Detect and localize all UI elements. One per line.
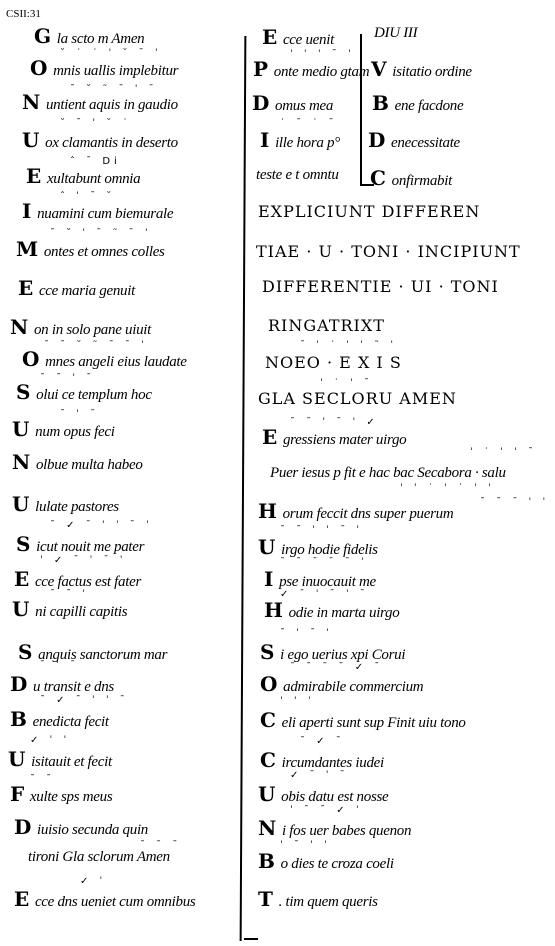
incipit-text: ni capilli capitis xyxy=(35,604,127,620)
initial-letter: E xyxy=(14,887,29,911)
neume-marks: ˉ ˘ ˜ ˉ ˈ ˉ xyxy=(70,84,158,95)
neume-marks: ˉ ˈ ˉ xyxy=(40,660,79,671)
initial-letter: I xyxy=(260,128,269,152)
neume-marks: ˉ ˉ ˉ xyxy=(140,840,181,851)
incipit-text: lulate pastores xyxy=(35,499,119,515)
initial-letter: C xyxy=(260,748,276,772)
chant-incipit-line: Uobis datu est nosse xyxy=(258,782,388,806)
initial-letter: G xyxy=(34,24,51,48)
chant-incipit-line: Omnis uallis implebitur xyxy=(30,56,178,80)
chant-incipit-line: Exultabunt omnia xyxy=(26,164,140,188)
column-divider-left-foot xyxy=(244,938,258,940)
chant-incipit-line: Ecce dns ueniet cum omnibus xyxy=(14,887,195,911)
neume-marks: ˈ ˉ ˉ ✓ ˈ xyxy=(290,805,363,816)
chant-incipit-line: Uirgo hodie fidelis xyxy=(258,535,378,559)
neume-marks: ˈ ˙ ˈ ˈ ˉ xyxy=(470,447,537,458)
neume-marks: ˉ ˉ ˈ ˉ ˈ ✓ xyxy=(290,417,379,428)
chant-incipit-line: DIFFERENTIE · UI · TONI xyxy=(262,277,499,296)
column-divider-left xyxy=(240,36,247,941)
chant-incipit-line: Montes et omnes colles xyxy=(16,237,165,261)
initial-letter: N xyxy=(12,450,30,474)
neume-marks: ✓ ˉ ˈ ˉ xyxy=(290,770,349,781)
incipit-text: ox clamantis in deserto xyxy=(45,135,178,151)
neume-marks: ˈ ˉ ˈ ˈ xyxy=(280,840,331,851)
initial-letter: I xyxy=(264,567,273,591)
incipit-text: xulte sps meus xyxy=(30,789,112,805)
neume-marks: ˆ ˉ Di xyxy=(70,156,121,167)
incipit-text: Puer iesus p fit e hac bac Secabora · sa… xyxy=(270,465,506,481)
initial-letter: N xyxy=(22,90,40,114)
initial-letter: M xyxy=(16,237,38,261)
chant-incipit-line: Unum opus feci xyxy=(12,417,115,441)
chant-incipit-line: Fxulte sps meus xyxy=(10,782,112,806)
initial-letter: P xyxy=(253,57,268,81)
initial-letter: U xyxy=(12,492,29,516)
incipit-text: olbue multa habeo xyxy=(36,457,143,473)
initial-letter: S xyxy=(260,640,274,664)
incipit-text: orum feccit dns super puerum xyxy=(283,506,454,522)
chant-incipit-line: Ululate pastores xyxy=(12,492,119,516)
incipit-text: obis datu est nosse xyxy=(281,789,388,805)
incipit-text: iuisio secunda quin xyxy=(37,822,148,838)
incipit-text: num opus feci xyxy=(35,424,114,440)
initial-letter: U xyxy=(12,417,29,441)
shelfmark-label: CSII:31 xyxy=(6,8,41,20)
incipit-text: DIU III xyxy=(374,25,417,41)
incipit-text: DIFFERENTIE · UI · TONI xyxy=(262,277,499,296)
incipit-text: onfirmabit xyxy=(392,173,452,189)
chant-incipit-line: Uisitauit et fecit xyxy=(8,747,112,771)
chant-incipit-line: Du transit e dns xyxy=(10,672,114,696)
initial-letter: D xyxy=(368,128,385,152)
incipit-text: admirabile commercium xyxy=(283,679,423,695)
chant-incipit-line: Ni fos uer babes quenon xyxy=(258,816,411,840)
initial-letter: U xyxy=(258,535,275,559)
manuscript-page: CSII:31 Gla scto m AmenOmnis uallis impl… xyxy=(0,0,555,946)
chant-incipit-line: Horum feccit dns super puerum xyxy=(258,499,453,523)
incipit-text: RINGATRIXT xyxy=(268,316,385,335)
initial-letter: F xyxy=(10,782,24,806)
initial-letter: H xyxy=(258,499,277,523)
neume-marks: ˉ ˉ ˉ ˉ ˉ ˈ xyxy=(280,557,368,568)
initial-letter: U xyxy=(22,128,39,152)
chant-incipit-line: Benedicta fecit xyxy=(10,707,109,731)
incipit-text: ircumdantes iudei xyxy=(282,755,384,771)
incipit-text: tironi Gla sclorum Amen xyxy=(28,849,170,865)
initial-letter: H xyxy=(264,598,283,622)
chant-incipit-line: Ecce uenit xyxy=(262,25,334,49)
initial-letter: O xyxy=(30,56,47,80)
chant-incipit-line: teste e t omntu xyxy=(256,167,339,184)
neume-marks: ˉ ˘ ˈ ˉ ˜ ˉ ˈ xyxy=(50,228,152,239)
initial-letter: B xyxy=(10,707,27,731)
chant-incipit-line: Non in solo pane uiuit xyxy=(10,315,151,339)
incipit-text: irgo hodie fidelis xyxy=(281,542,378,558)
incipit-text: eli aperti sunt sup Finit uiu tono xyxy=(282,715,466,731)
incipit-text: icut nouit me pater xyxy=(36,539,144,555)
neume-marks: ˉ ˈ ˙ ˈ ˈ ˜ ˈ xyxy=(300,340,397,351)
incipit-text: . tim quem queris xyxy=(279,894,378,910)
chant-incipit-line: Bo dies te croza coeli xyxy=(258,849,394,873)
incipit-text: cce dns ueniet cum omnibus xyxy=(35,894,196,910)
neume-marks: ✓ ˈ xyxy=(80,876,106,887)
incipit-text: on in solo pane uiuit xyxy=(34,322,151,338)
chant-incipit-line: EXPLICIUNT DIFFEREN xyxy=(258,202,480,221)
chant-incipit-line: TIAE · U · TONI · INCIPIUNT xyxy=(256,242,521,261)
initial-letter: V xyxy=(371,57,386,81)
chant-incipit-line: Ipse inuocauit me xyxy=(264,567,376,591)
incipit-text: enecessitate xyxy=(391,135,460,151)
neume-marks: ˉ ˈ ˉ xyxy=(60,409,99,420)
chant-incipit-line: Iille hora p° xyxy=(260,128,340,152)
chant-incipit-line: Celi aperti sunt sup Finit uiu tono xyxy=(260,708,466,732)
incipit-text: i ego uerius xpi Corui xyxy=(280,647,405,663)
initial-letter: I xyxy=(22,199,31,223)
incipit-text: la scto m Amen xyxy=(57,31,145,47)
initial-letter: N xyxy=(10,315,28,339)
chant-incipit-line: Ecce maria genuit xyxy=(18,276,135,300)
neume-marks: ˘ ˙ ˙ ˈ ˘ ˉ ˈ xyxy=(60,48,162,59)
incipit-text: i fos uer babes quenon xyxy=(282,823,411,839)
neume-marks: ✓ ˉ ˈ ˉ ˈ ˉ xyxy=(280,589,369,600)
initial-letter: E xyxy=(262,425,277,449)
incipit-text: olui ce templum hoc xyxy=(36,387,152,403)
initial-letter: E xyxy=(262,25,277,49)
chant-incipit-line: GLA SECLORU AMEN xyxy=(258,389,457,408)
neume-marks: ˙ ˉ ˙ ˉ xyxy=(280,118,338,129)
chant-incipit-line: Bene facdone xyxy=(372,91,463,115)
neume-marks: ˉ ˉ xyxy=(30,774,55,785)
chant-incipit-line: RINGATRIXT xyxy=(268,316,385,335)
initial-letter: E xyxy=(26,164,41,188)
initial-letter: B xyxy=(258,849,275,873)
chant-incipit-line: tironi Gla sclorum Amen xyxy=(28,849,170,866)
initial-letter: C xyxy=(370,166,386,190)
neume-marks: ˉ ✓ ˉ xyxy=(300,736,345,747)
chant-incipit-line: Uox clamantis in deserto xyxy=(22,128,178,152)
chant-incipit-line: Hodie in marta uirgo xyxy=(264,598,399,622)
incipit-text: teste e t omntu xyxy=(256,167,339,183)
chant-incipit-line: Denecessitate xyxy=(368,128,460,152)
initial-letter: C xyxy=(260,708,276,732)
initial-letter: T xyxy=(258,887,273,911)
incipit-text: nuamini cum biemurale xyxy=(37,206,173,222)
incipit-text: odie in marta uirgo xyxy=(289,605,400,621)
incipit-text: untient aquis in gaudio xyxy=(46,97,178,113)
chant-incipit-line: Circumdantes iudei xyxy=(260,748,384,772)
neume-marks: ✓ ˈ ˈ xyxy=(30,735,70,746)
chant-incipit-line: Egressiens mater uirgo xyxy=(262,425,406,449)
chant-incipit-line: DIU III xyxy=(374,25,417,42)
neume-marks: ˉ ˈ ˉ ˈ xyxy=(280,628,333,639)
incipit-text: ille hora p° xyxy=(275,135,340,151)
neume-marks: ˈ ˈ ˈ ˉ ˈ xyxy=(290,49,355,60)
neume-marks: ˉ ˉ ˈ xyxy=(50,589,89,600)
initial-letter: D xyxy=(10,672,27,696)
initial-letter: U xyxy=(258,782,275,806)
initial-letter: E xyxy=(14,567,29,591)
incipit-text: cce factus est fater xyxy=(35,574,141,590)
incipit-text: isitatio ordine xyxy=(392,64,472,80)
chant-incipit-line: Domus mea xyxy=(252,91,333,115)
incipit-text: mnes angeli eius laudate xyxy=(45,354,187,370)
initial-letter: U xyxy=(8,747,25,771)
initial-letter: N xyxy=(258,816,276,840)
neume-marks: ˉ ˉ ˈ ˉ xyxy=(40,373,95,384)
initial-letter: E xyxy=(18,276,33,300)
chant-incipit-line: Ponte medio gtam xyxy=(253,57,369,81)
chant-incipit-line: Ecce factus est fater xyxy=(14,567,141,591)
neume-marks: ˉ ✓ ˉ ˈ ˈ ˉ xyxy=(40,695,129,706)
incipit-text: ene facdone xyxy=(395,98,464,114)
initial-letter: U xyxy=(12,597,29,621)
chant-incipit-line: Oadmirabile commercium xyxy=(260,672,423,696)
initial-letter: O xyxy=(260,672,277,696)
incipit-text: enedicta fecit xyxy=(33,714,109,730)
initial-letter: O xyxy=(22,347,39,371)
incipit-text: GLA SECLORU AMEN xyxy=(258,389,457,408)
chant-incipit-line: Sicut nouit me pater xyxy=(16,532,144,556)
incipit-text: isitauit et fecit xyxy=(31,754,112,770)
initial-letter: D xyxy=(252,91,269,115)
neume-marks: ˈ ˈ ˙ ˈ ˙ ˈ ˈ xyxy=(400,483,495,494)
chant-incipit-line: T. tim quem queris xyxy=(258,887,378,911)
neume-marks: ˈ ˙ ˈ ˉ xyxy=(320,378,373,389)
chant-incipit-line: Si ego uerius xpi Corui xyxy=(260,640,405,664)
incipit-text: ontes et omnes colles xyxy=(44,244,165,260)
chant-incipit-line: Gla scto m Amen xyxy=(34,24,144,48)
chant-incipit-line: Confirmabit xyxy=(370,166,452,190)
neume-marks: ˈ ✓ ˉ ˈ ˉ ˈ xyxy=(40,555,127,566)
incipit-text: cce maria genuit xyxy=(39,283,135,299)
neume-marks: ˉ ˉ ˉ ˉ ✓ ˉ xyxy=(290,662,383,673)
incipit-text: NOEO · E X I S xyxy=(265,353,402,372)
neume-marks: ˉ ✓ ˉ ˈ ˈ ˉ ˈ xyxy=(50,520,153,531)
initial-letter: S xyxy=(16,380,30,404)
incipit-text: cce uenit xyxy=(283,32,334,48)
incipit-text: TIAE · U · TONI · INCIPIUNT xyxy=(256,242,521,261)
chant-incipit-line: Visitatio ordine xyxy=(371,57,472,81)
initial-letter: S xyxy=(16,532,30,556)
incipit-text: mnis uallis implebitur xyxy=(53,63,178,79)
initial-letter: B xyxy=(372,91,389,115)
incipit-text: u transit e dns xyxy=(33,679,114,695)
chant-incipit-line: Puer iesus p fit e hac bac Secabora · sa… xyxy=(270,465,506,482)
incipit-text: pse inuocauit me xyxy=(279,574,376,590)
incipit-text: xultabunt omnia xyxy=(47,171,140,187)
neume-marks: ˉ ˉ ˘ ˜ ˉ ˉ ˈ xyxy=(44,340,148,351)
incipit-text: o dies te croza coeli xyxy=(281,856,394,872)
incipit-text: omus mea xyxy=(275,98,333,114)
neume-marks: ˘ ˉ ˈ ˘ ˙ xyxy=(60,118,131,129)
chant-incipit-line: Inuamini cum biemurale xyxy=(22,199,173,223)
chant-incipit-line: Nolbue multa habeo xyxy=(12,450,143,474)
incipit-text: gressiens mater uirgo xyxy=(283,432,406,448)
neume-marks: ˈ ˈ ˈ xyxy=(280,696,315,707)
incipit-text: EXPLICIUNT DIFFEREN xyxy=(258,202,480,221)
chant-incipit-line: Uni capilli capitis xyxy=(12,597,127,621)
chant-incipit-line: NOEO · E X I S xyxy=(265,353,402,372)
neume-marks: ˉ ˉ ˈ ˈ ˉ ˈ xyxy=(280,525,363,536)
chant-incipit-line: Diuisio secunda quin xyxy=(14,815,148,839)
initial-letter: S xyxy=(18,640,32,664)
initial-letter: D xyxy=(14,815,31,839)
neume-marks: ˆ ˈ ˉ ˘ xyxy=(60,191,115,202)
incipit-text: onte medio gtam xyxy=(274,64,369,80)
neume-marks: ˉ ˉ ˉ ˈ ˈ xyxy=(480,497,549,508)
